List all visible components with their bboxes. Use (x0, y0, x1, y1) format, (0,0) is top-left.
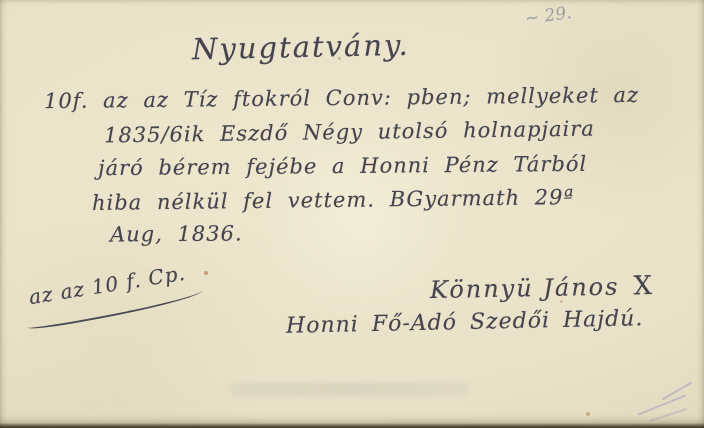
body-line-5: Aug, 1836. (110, 221, 243, 246)
amount-note-block: az az 10 f. Cp. (27, 259, 199, 309)
body-line-2: 1835/6ik Eszdő Négy utolsó holnapjaira (104, 117, 595, 148)
signature-title: Honni Fő-Adó Szedői Hajdú. (286, 306, 644, 338)
faint-pencil-mark (662, 382, 692, 401)
document-title: Nyugtatvány. (192, 28, 410, 67)
body-line-3: járó bérem fejébe a Honni Pénz Tárból (98, 152, 587, 180)
faint-pencil-mark (638, 394, 687, 415)
archival-number-note: ~ 29. (524, 3, 573, 29)
paper-spot (204, 271, 208, 275)
paper-spot (586, 412, 590, 416)
signature-name: Könnyü János (430, 273, 620, 304)
faint-pencil-mark (649, 408, 688, 422)
body-line-4: hiba nélkül fel vettem. BGyarmath 29ª (92, 185, 575, 215)
signature-line: Könnyü JánosX (430, 271, 654, 305)
body-line-1: 10f. az az Tíz ftokról Conv: pben; melly… (44, 83, 639, 113)
scan-bottom-edge-shadow (0, 423, 704, 428)
signature-x-mark: X (633, 271, 654, 301)
ink-showthrough-smudge (230, 382, 470, 396)
scanned-receipt-document: ~ 29. Nyugtatvány. 10f. az az Tíz ftokró… (0, 0, 704, 428)
